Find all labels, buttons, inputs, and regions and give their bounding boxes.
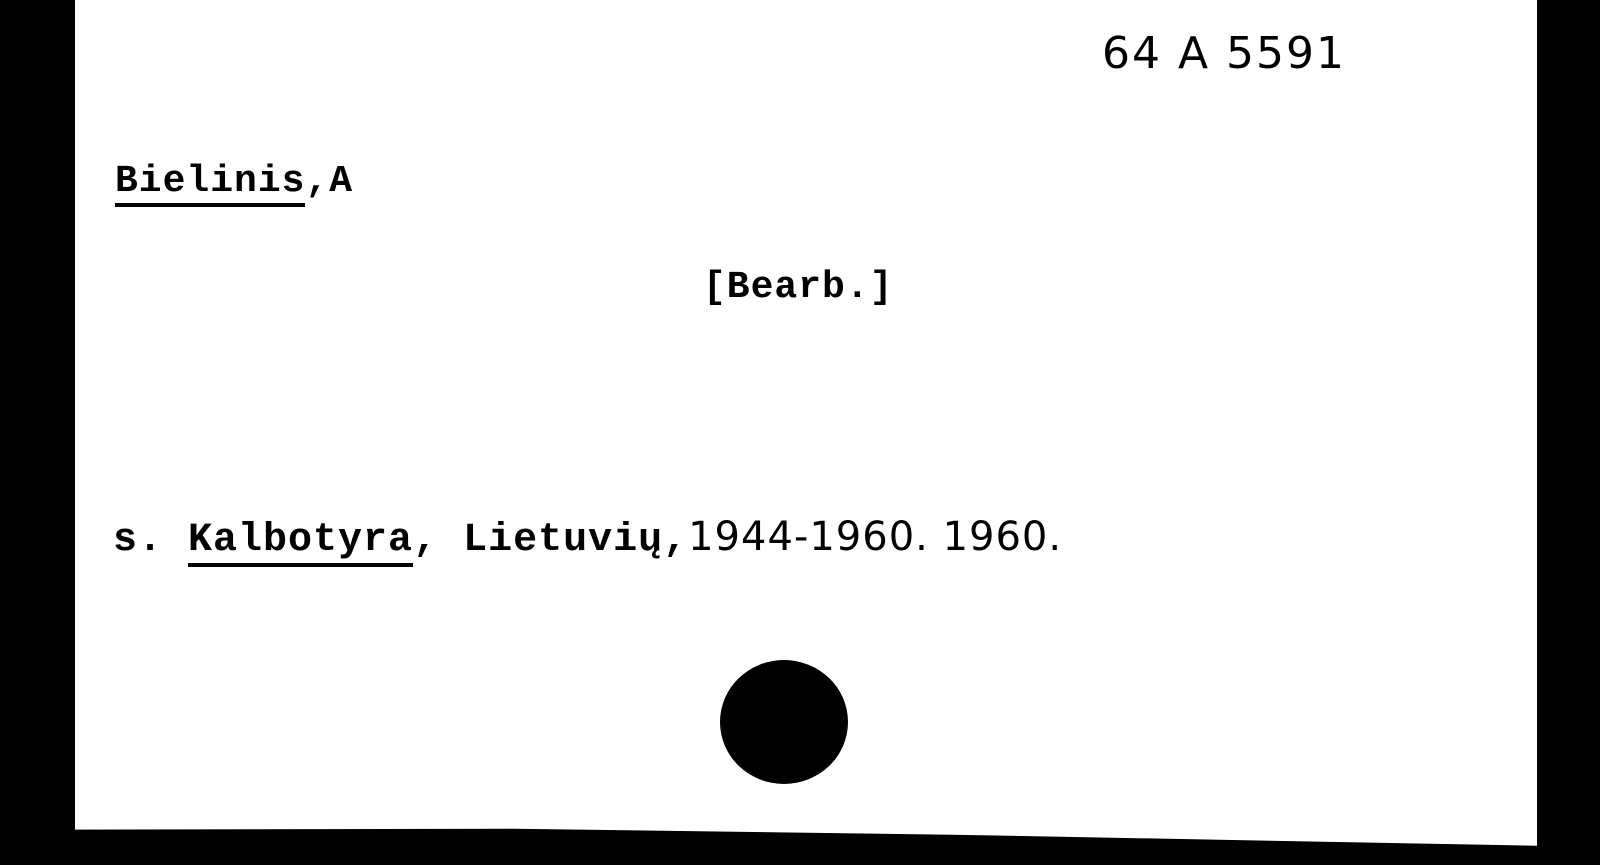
series-line: s. Kalbotyra, Lietuvių,1944-1960. 1960.	[113, 514, 1062, 563]
series-title: Kalbotyra	[188, 518, 413, 567]
call-number: 64 A 5591	[1102, 28, 1346, 79]
catalog-card: 64 A 5591 Bielinis,A [Bearb.] s. Kalboty…	[75, 0, 1537, 850]
series-rest: , Lietuvių,	[413, 518, 688, 563]
punch-hole-icon	[720, 660, 848, 784]
editor-note: [Bearb.]	[703, 266, 893, 309]
author-initial: ,A	[305, 160, 353, 203]
series-prefix: s.	[113, 518, 188, 563]
author-heading: Bielinis,A	[115, 160, 353, 203]
author-surname: Bielinis	[115, 160, 305, 207]
series-years: 1944-1960. 1960.	[688, 514, 1062, 560]
